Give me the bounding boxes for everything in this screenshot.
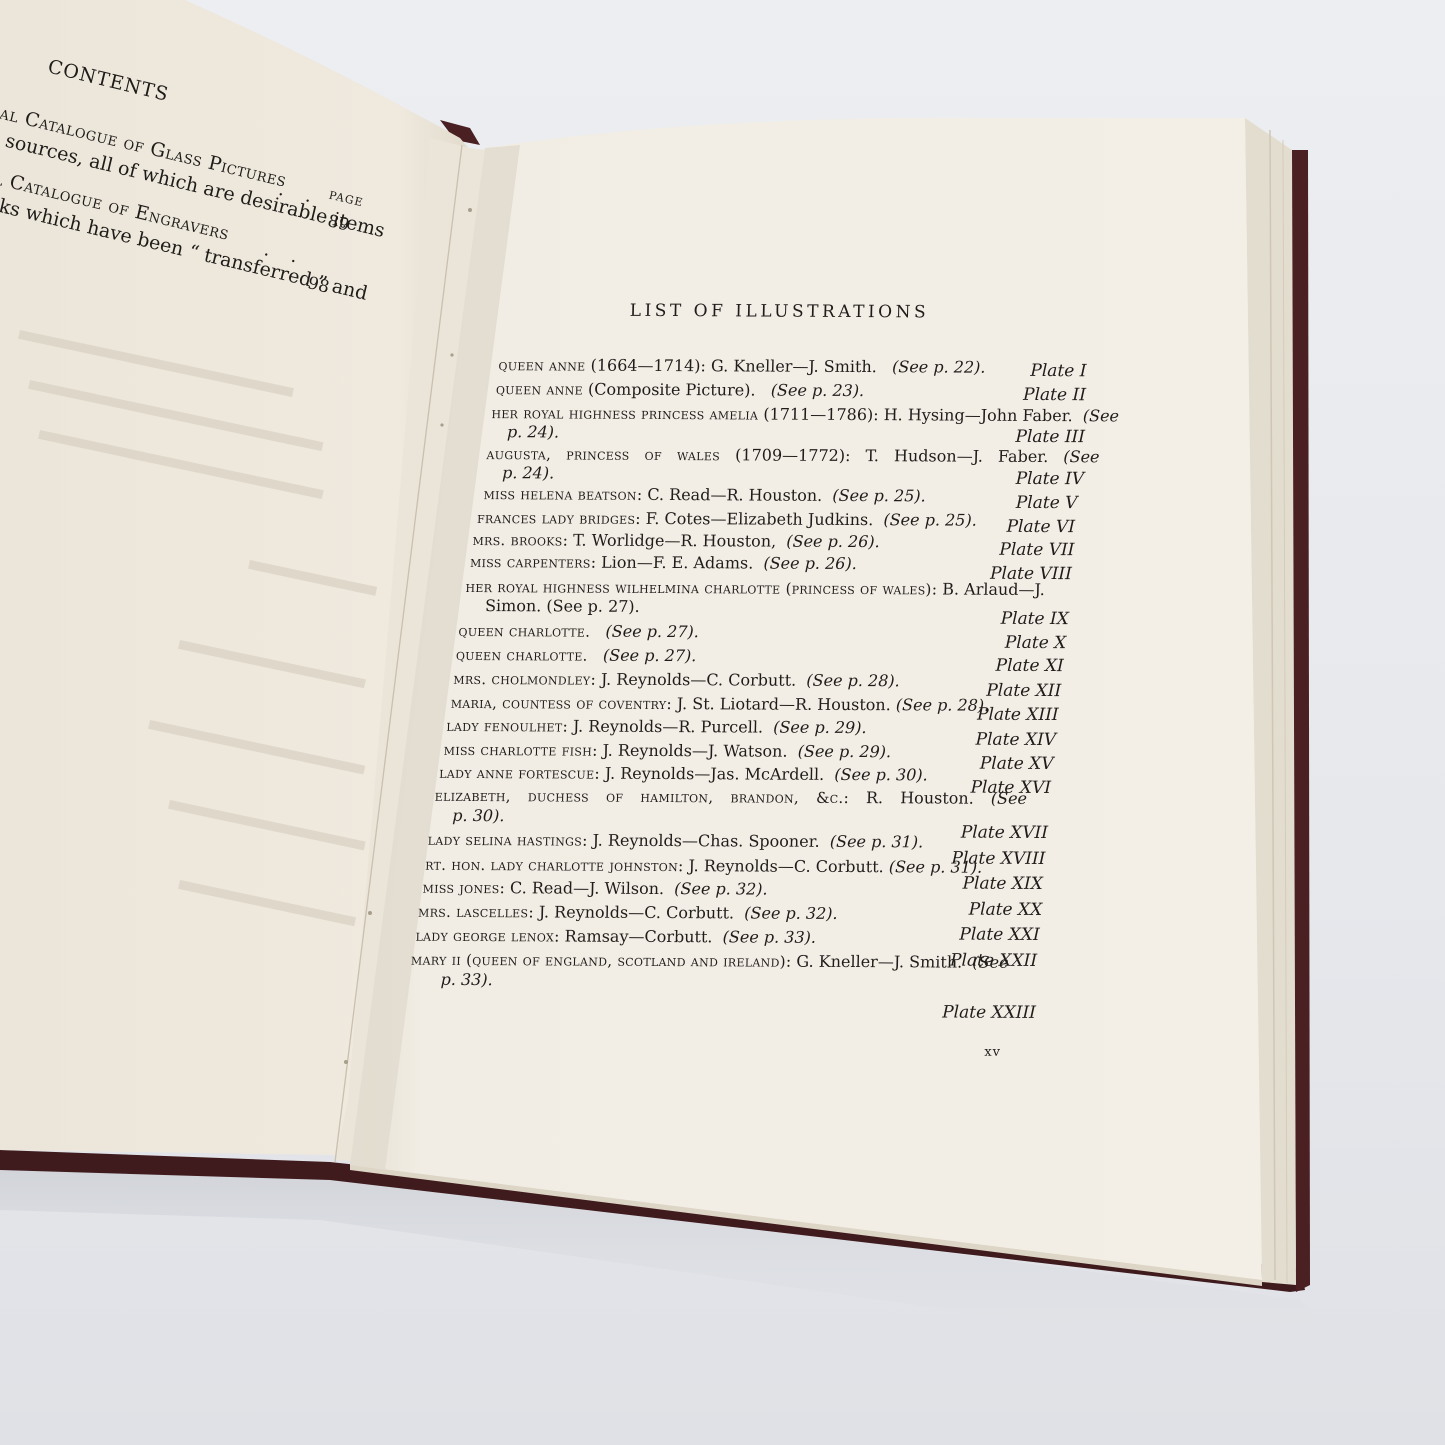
page-folio: xv xyxy=(984,1045,1001,1060)
sitter-name: miss helena beatson xyxy=(483,485,637,504)
see-page-ref: (See p. 29). xyxy=(798,742,892,761)
entry-continuation: p. 33). xyxy=(440,970,493,989)
see-page-ref: (See p. 31). xyxy=(830,832,924,851)
illustration-entry: frances lady bridges: F. Cotes—Elizabeth… xyxy=(477,508,1097,530)
entry-detail: : G. Kneller—J. Smith. xyxy=(786,952,963,972)
entry-detail: (1664—1714): G. Kneller—J. Smith. xyxy=(585,356,877,377)
illustration-entry: lady george lenox: Ramsay—Corbutt. (See … xyxy=(415,926,1035,948)
see-page-ref: (See p. 30). xyxy=(834,765,928,784)
see-page-ref: (See p. 32). xyxy=(674,879,768,898)
entry-continuation: p. 30). xyxy=(452,806,505,825)
entry-detail: (1711—1786): H. Hysing—John Faber. xyxy=(758,405,1073,426)
see-page-ref: (See p. 26). xyxy=(786,532,880,551)
entry-detail: : J. Reynolds—C. Corbutt. xyxy=(590,670,796,690)
plate-label: Plate II xyxy=(1023,385,1086,405)
sitter-name: rt. hon. lady charlotte johnston xyxy=(425,856,678,875)
see-page-ref: (See p. 33). xyxy=(722,927,816,946)
entry-detail: : J. Reynolds—C. Corbutt. xyxy=(528,902,734,922)
sitter-name: augusta, princess of wales xyxy=(486,445,720,464)
see-page-ref: (See p. 27). xyxy=(603,646,697,665)
see-page-ref: (See p. 28). xyxy=(806,671,900,690)
see-page-ref: (See p. 28). xyxy=(896,695,990,714)
entry-detail: (1709—1772): T. Hudson—J. Faber. xyxy=(720,445,1049,466)
right-page-list-of-illustrations: LIST OF ILLUSTRATIONS queen anne (1664—1… xyxy=(453,300,1110,1063)
sitter-name: queen charlotte. xyxy=(458,622,590,641)
illustration-entry: queen charlotte. (See p. 27). xyxy=(456,645,1076,667)
see-page-ref: (See p. 29). xyxy=(773,718,867,737)
sitter-name: mrs. lascelles xyxy=(418,903,529,922)
entry-continuation: Simon. (See p. 27). xyxy=(485,596,640,616)
entry-detail: : F. Cotes—Elizabeth Judkins. xyxy=(635,509,873,529)
entry-continuation: p. 24). xyxy=(507,422,560,441)
illustration-entry: queen anne (1664—1714): G. Kneller—J. Sm… xyxy=(498,355,1118,377)
entry-continuation: p. 24). xyxy=(502,463,555,482)
illustration-entry: her royal highness princess amelia (1711… xyxy=(491,403,1111,425)
see-page-ref: (See p. 26). xyxy=(763,554,857,573)
entry-detail: : J. Reynolds—R. Purcell. xyxy=(562,716,763,736)
illustration-entry: lady fenoulhet: J. Reynolds—R. Purcell. … xyxy=(446,716,1066,738)
sitter-name: mrs. brooks xyxy=(472,531,562,549)
entry-detail: : C. Read—R. Houston. xyxy=(637,485,823,505)
sitter-name: lady anne fortescue xyxy=(439,764,595,783)
plate-label: Plate III xyxy=(1015,427,1085,447)
entry-detail: : R. Houston. xyxy=(843,788,974,808)
see-page-ref: (See p. 27). xyxy=(605,622,699,641)
entry-detail: : B. Arlaud—J. xyxy=(932,579,1046,599)
illustration-entry: miss helena beatson: C. Read—R. Houston.… xyxy=(483,484,1103,506)
list-of-illustrations-heading: LIST OF ILLUSTRATIONS xyxy=(630,301,930,323)
see-page-ref: (See p. 23). xyxy=(771,381,865,400)
sitter-name: queen anne xyxy=(498,356,585,374)
entry-detail: : J. Reynolds—Jas. McArdell. xyxy=(594,764,824,784)
illustration-entry: queen charlotte. (See p. 27). xyxy=(458,621,1078,643)
plate-label: Plate XXIII xyxy=(942,1002,1036,1022)
see-page-ref: (See xyxy=(972,953,1009,972)
entry-detail: : J. St. Liotard—R. Houston. xyxy=(666,694,891,714)
illustration-entry: mrs. lascelles: J. Reynolds—C. Corbutt. … xyxy=(418,902,1038,924)
entry-detail: : J. Reynolds—C. Corbutt. xyxy=(678,856,884,876)
see-page-ref: (See xyxy=(1063,447,1100,466)
entry-detail: (Composite Picture). xyxy=(583,380,756,400)
see-page-ref: (See p. 22). xyxy=(892,357,986,376)
illustration-entry: augusta, princess of wales (1709—1772): … xyxy=(486,444,1106,466)
sitter-name: queen anne xyxy=(496,380,583,398)
plate-label: Plate I xyxy=(1030,361,1086,381)
sitter-name: mrs. cholmondley xyxy=(453,670,590,689)
sitter-name: miss jones xyxy=(422,879,499,897)
sitter-name: maria, countess of coventry xyxy=(451,694,667,713)
sitter-name: miss carpenters xyxy=(470,553,591,572)
illustration-entry: miss charlotte fish: J. Reynolds—J. Wats… xyxy=(444,740,1064,762)
entry-detail: : Ramsay—Corbutt. xyxy=(554,926,713,946)
illustration-entry: mary ii (queen of england, scotland and … xyxy=(411,950,1031,972)
sitter-name: lady selina hastings xyxy=(428,831,583,850)
illustration-entry: mrs. cholmondley: J. Reynolds—C. Corbutt… xyxy=(453,669,1073,691)
sitter-name: lady george lenox xyxy=(415,927,554,946)
illustration-entry: miss jones: C. Read—J. Wilson. (See p. 3… xyxy=(422,878,1042,900)
sitter-name: her royal highness princess amelia xyxy=(491,404,758,423)
illustration-entry: lady anne fortescue: J. Reynolds—Jas. Mc… xyxy=(439,763,1059,785)
illustration-entry: elizabeth, duchess of hamilton, brandon,… xyxy=(435,786,1055,808)
see-page-ref: (See xyxy=(991,789,1028,808)
entry-detail: : J. Reynolds—J. Watson. xyxy=(592,741,788,761)
sitter-name: queen charlotte. xyxy=(456,646,588,665)
see-page-ref: (See xyxy=(1083,406,1120,425)
sitter-name: lady fenoulhet xyxy=(446,717,563,736)
entry-detail: : T. Worlidge—R. Houston, xyxy=(562,530,776,550)
entry-detail: : Lion—F. E. Adams. xyxy=(590,553,753,573)
illustration-entry: rt. hon. lady charlotte johnston: J. Rey… xyxy=(425,855,1045,877)
sitter-name: miss charlotte fish xyxy=(444,741,593,760)
photo-scene: CONTENTS ical Catalogue of Glass Picture… xyxy=(0,0,1445,1445)
sitter-name: her royal highness wilhelmina charlotte … xyxy=(465,578,932,598)
see-page-ref: (See p. 25). xyxy=(832,486,926,505)
see-page-ref: (See p. 25). xyxy=(883,510,977,529)
entry-detail: : C. Read—J. Wilson. xyxy=(499,878,664,898)
sitter-name: elizabeth, duchess of hamilton, brandon,… xyxy=(435,787,844,807)
sitter-name: mary ii (queen of england, scotland and … xyxy=(411,951,786,971)
sitter-name: frances lady bridges xyxy=(477,509,636,528)
entry-detail: : J. Reynolds—Chas. Spooner. xyxy=(582,831,820,851)
see-page-ref: (See p. 32). xyxy=(744,903,838,922)
